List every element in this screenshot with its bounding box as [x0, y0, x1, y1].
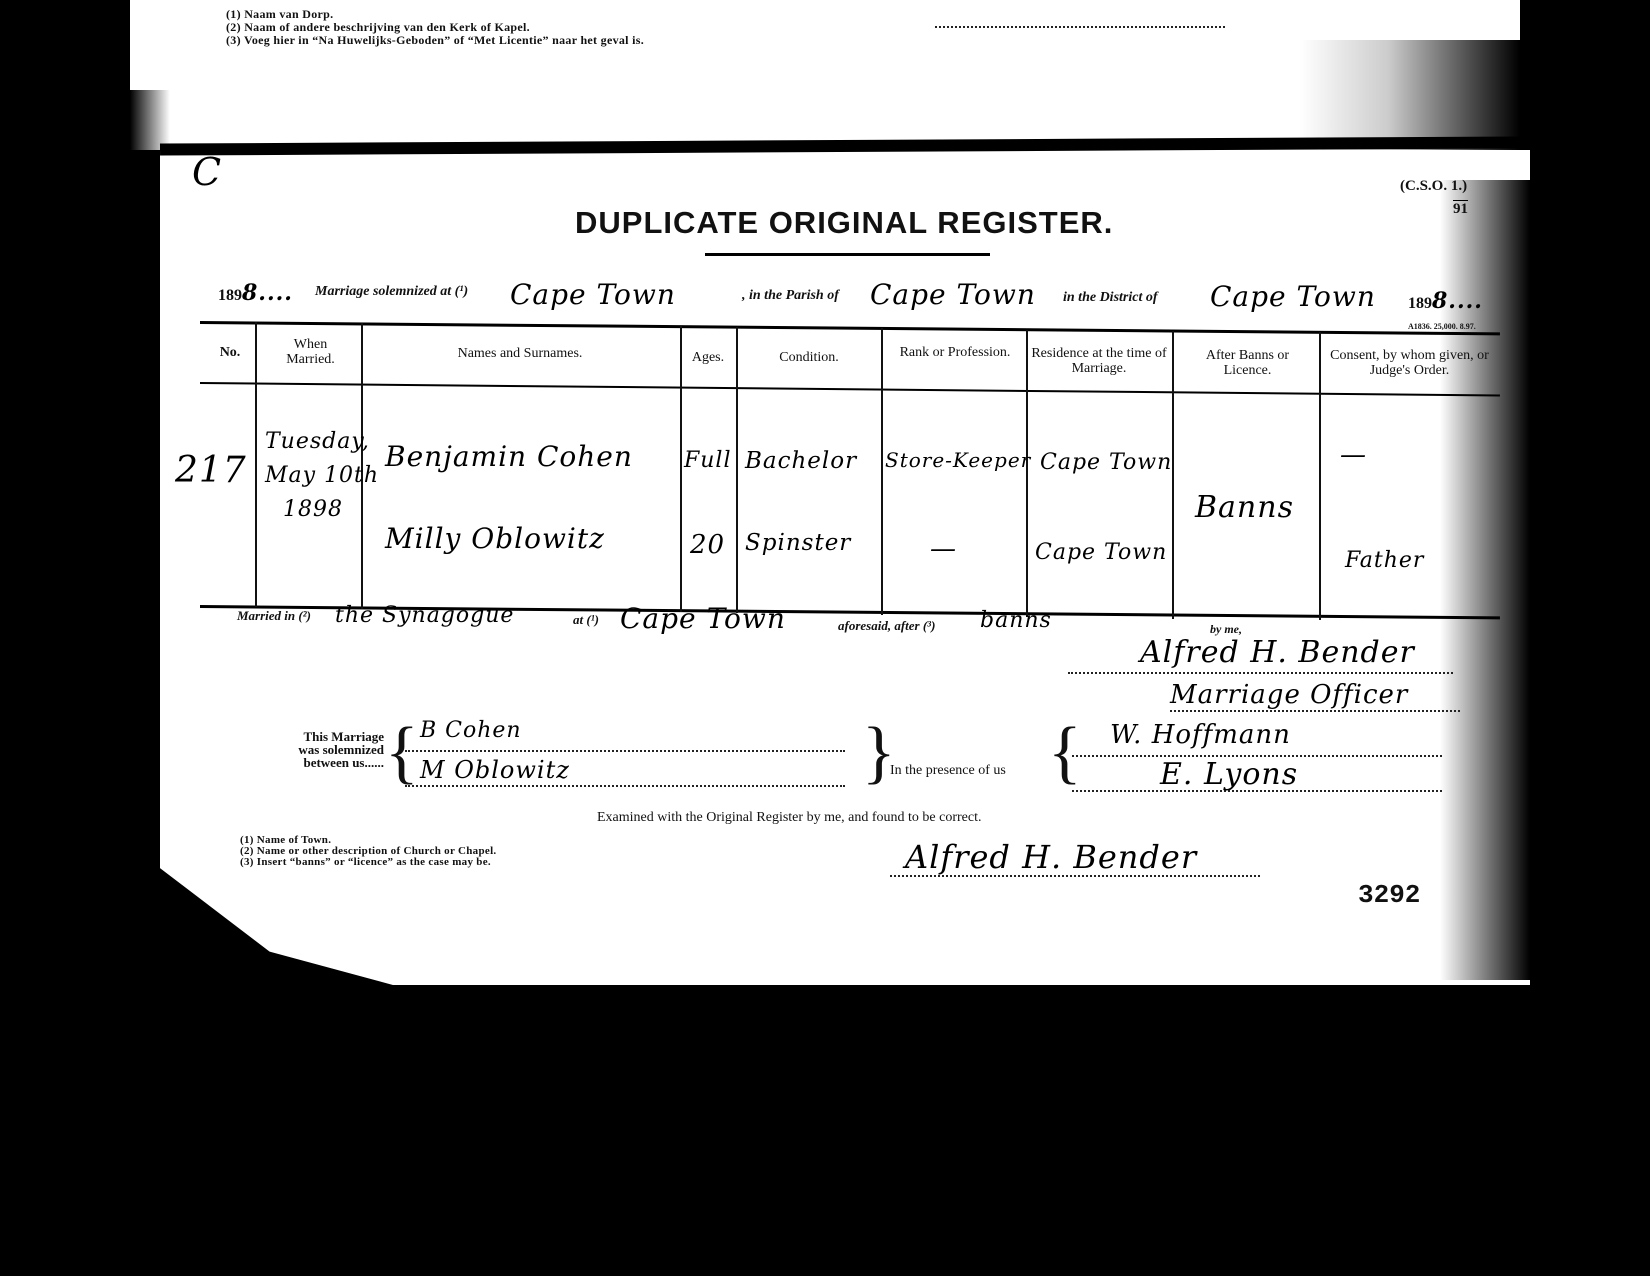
- page-shadow: [1300, 40, 1520, 150]
- column-header-when-married: When Married.: [268, 337, 353, 367]
- dotted-line: [935, 26, 1225, 28]
- banns-or-licence: Banns: [1195, 490, 1294, 525]
- entry-date: Tuesday, May 10th 1898: [265, 425, 379, 527]
- footnotes: (1) Name of Town. (2) Name or other desc…: [240, 835, 496, 868]
- column-divider: [881, 328, 883, 615]
- married-at-town: Cape Town: [620, 602, 786, 635]
- groom-signature: B Cohen: [420, 718, 522, 743]
- column-header-condition: Condition.: [740, 350, 878, 365]
- groom-name: Benjamin Cohen: [385, 440, 633, 473]
- solemnized-place: Cape Town: [510, 278, 676, 311]
- column-header-banns: After Banns or Licence.: [1185, 348, 1310, 378]
- print-code: A1836. 25,000. 8.97.: [1408, 322, 1476, 331]
- married-in-label: Married in (²): [237, 608, 311, 624]
- parish-value: Cape Town: [870, 278, 1036, 311]
- groom-residence: Cape Town: [1040, 450, 1172, 475]
- form-code: (C.S.O. 1.): [1400, 178, 1467, 195]
- solemnized-label: Marriage solemnized at (¹): [315, 284, 468, 300]
- bride-consent: Father: [1345, 548, 1424, 573]
- entry-number: 217: [175, 450, 247, 491]
- left-brace: {: [385, 718, 419, 788]
- title-underline: [705, 253, 990, 256]
- footnote: (3) Insert “banns” or “licence” as the c…: [240, 857, 496, 868]
- page-shadow: [130, 90, 170, 150]
- column-divider: [1172, 331, 1174, 619]
- after-value: banns: [980, 608, 1052, 633]
- examined-statement: Examined with the Original Register by m…: [597, 810, 982, 826]
- officer-signature: Alfred H. Bender: [1140, 635, 1415, 670]
- top-note: (3) Voeg hier in “Na Huwelijks-Geboden” …: [226, 34, 644, 47]
- bride-condition: Spinster: [745, 530, 851, 556]
- groom-rank: Store-Keeper: [885, 448, 1031, 472]
- signature-line: [405, 750, 845, 752]
- married-in-place: the Synagogue: [335, 603, 514, 628]
- column-header-no: No.: [205, 345, 255, 360]
- column-header-residence: Residence at the time of Marriage.: [1028, 346, 1170, 376]
- column-header-rank: Rank or Profession.: [895, 345, 1015, 360]
- bride-name: Milly Oblowitz: [385, 522, 605, 555]
- presence-label: In the presence of us: [890, 763, 1006, 779]
- signature-line: [1068, 672, 1453, 674]
- bride-residence: Cape Town: [1035, 540, 1167, 565]
- top-notes: (1) Naam van Dorp. (2) Naam of andere be…: [226, 8, 644, 47]
- district-value: Cape Town: [1210, 280, 1376, 313]
- witness-signature: E. Lyons: [1160, 757, 1298, 792]
- bride-signature: M Oblowitz: [420, 756, 570, 784]
- witness-brace: {: [1048, 718, 1082, 788]
- column-divider: [680, 326, 682, 612]
- column-header-ages: Ages.: [682, 350, 734, 365]
- parish-label: , in the Parish of: [742, 288, 839, 304]
- margin-mark: C: [192, 150, 222, 194]
- column-header-consent: Consent, by whom given, or Judge's Order…: [1322, 348, 1497, 378]
- page-title: DUPLICATE ORIGINAL REGISTER.: [575, 205, 1113, 241]
- column-divider: [255, 322, 257, 607]
- column-divider: [736, 327, 738, 613]
- form-page-number: 91: [1453, 200, 1468, 218]
- solemnized-between-label: This Marriage was solemnized between us.…: [272, 730, 384, 769]
- signature-line: [1170, 710, 1460, 712]
- column-divider: [1319, 332, 1321, 620]
- examiner-signature: Alfred H. Bender: [905, 838, 1197, 876]
- at-label: at (¹): [573, 612, 599, 628]
- after-label: aforesaid, after (³): [838, 618, 935, 634]
- officer-title: Marriage Officer: [1170, 680, 1408, 710]
- year-right: 1898....: [1408, 288, 1483, 314]
- column-header-names: Names and Surnames.: [370, 346, 670, 361]
- groom-age: Full: [684, 448, 732, 473]
- district-label: in the District of: [1063, 290, 1158, 306]
- bride-age: 20: [690, 530, 725, 560]
- stamp-number: 3292: [1358, 880, 1420, 910]
- year-left: 1898....: [218, 280, 293, 306]
- groom-condition: Bachelor: [745, 448, 857, 474]
- groom-consent: —: [1340, 440, 1367, 470]
- signature-line: [405, 785, 845, 787]
- witness-signature: W. Hoffmann: [1110, 720, 1291, 750]
- bride-rank: —: [930, 534, 957, 564]
